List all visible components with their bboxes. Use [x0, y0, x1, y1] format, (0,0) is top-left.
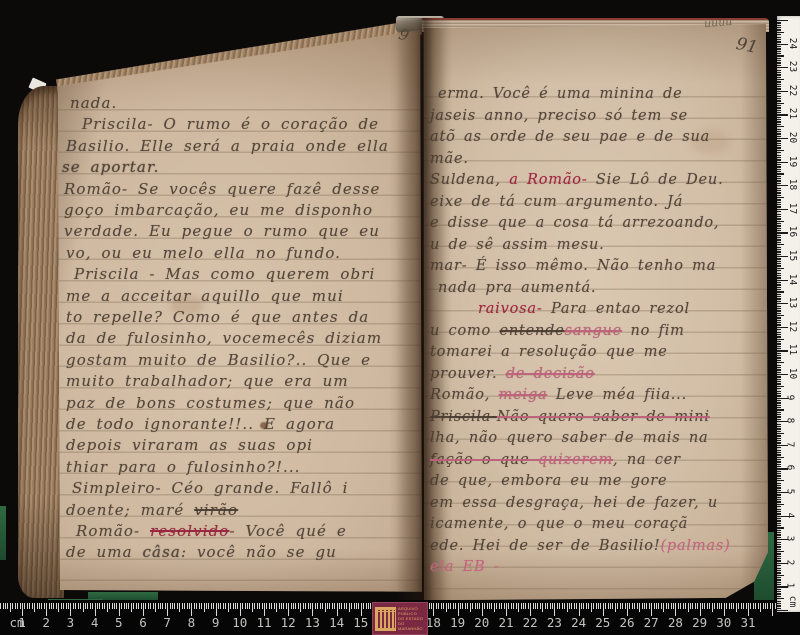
- ruler-tick: [777, 308, 781, 309]
- ruler-tick: [717, 603, 718, 609]
- ruler-tick: [24, 603, 25, 609]
- ruler-tick: [436, 603, 437, 609]
- ruler-tick: [777, 367, 781, 368]
- ruler-tick: [494, 603, 495, 612]
- ruler-tick: [58, 603, 59, 612]
- manuscript-line: ede. Hei de ser de Basilio!(palmas): [430, 538, 731, 554]
- ruler-tick: [254, 603, 255, 609]
- ruler-tick: [767, 603, 768, 609]
- ruler-tick: [777, 499, 781, 500]
- ruler-tick: [719, 603, 720, 609]
- ruler-tick: [777, 466, 781, 467]
- stamp-line-4: do Maranhão: [398, 621, 425, 631]
- ruler-number: 17: [787, 203, 798, 214]
- ruler-tick: [777, 195, 781, 196]
- manuscript-segment-bold: câsa: [143, 543, 181, 561]
- right-page-number: 91: [734, 34, 759, 58]
- ruler-tick: [155, 603, 156, 612]
- ruler-tick: [777, 107, 781, 108]
- ruler-tick: [777, 206, 781, 207]
- manuscript-segment: mar- É isso mêmo. Não tenho ma: [430, 258, 716, 274]
- ruler-tick: [777, 424, 781, 425]
- manuscript-line: depois viraram as suas opi: [66, 436, 313, 454]
- manuscript-segment: de uma: [66, 543, 143, 561]
- ruler-number: 13: [787, 297, 798, 308]
- ruler-tick: [777, 29, 781, 30]
- ruler-tick: [257, 603, 258, 609]
- ruler-tick: [83, 603, 84, 612]
- ruler-tick: [329, 603, 330, 609]
- manuscript-segment: , na cer: [613, 452, 681, 468]
- ruler-tick: [366, 603, 367, 609]
- ruler-tick: [777, 140, 781, 141]
- ruler-tick: [128, 603, 129, 609]
- ruler-tick: [559, 603, 560, 609]
- ruler-tick: [777, 426, 781, 427]
- ruler-tick: [225, 603, 226, 609]
- manuscript-segment: depois viraram as suas opi: [66, 436, 313, 454]
- ruler-tick: [170, 603, 171, 609]
- manuscript-line: Priscila- O rumo é o coração de: [82, 115, 379, 133]
- ruler-tick: [552, 603, 553, 609]
- ruler-tick: [777, 263, 781, 264]
- ruler-tick: [634, 603, 635, 609]
- ruler-tick: [777, 454, 781, 455]
- ruler-tick: [327, 603, 328, 609]
- ruler-tick: [777, 383, 781, 384]
- ruler-tick: [777, 247, 781, 248]
- ruler-tick: [508, 603, 509, 609]
- ruler-tick: [777, 329, 781, 330]
- ruler-number: 28: [668, 615, 683, 630]
- ruler-tick: [733, 603, 734, 609]
- ruler-tick: [279, 603, 280, 609]
- ruler-tick: [204, 603, 205, 612]
- ruler-tick: [777, 447, 781, 448]
- manuscript-segment: u como: [430, 323, 500, 339]
- ruler-tick: [709, 603, 710, 609]
- manuscript-line: u como entendesangue no fim: [430, 323, 685, 339]
- ruler-tick: [177, 603, 178, 609]
- ruler-tick: [777, 395, 781, 396]
- ruler-number: 12: [787, 321, 798, 332]
- manuscript-line: muito trabalhador; que era um: [66, 372, 349, 390]
- manuscript-segment: Sie Lô de Deu.: [588, 172, 724, 188]
- ruler-tick: [637, 603, 638, 609]
- ruler-tick: [448, 603, 449, 609]
- ruler-tick: [777, 381, 781, 382]
- ruler-tick: [504, 603, 505, 609]
- ruler-tick: [680, 603, 681, 609]
- ruler-tick: [777, 336, 781, 337]
- ruler-tick: [777, 287, 781, 288]
- ruler-number: 18: [426, 615, 441, 630]
- ruler-tick: [184, 603, 185, 609]
- ruler-tick: [266, 603, 267, 609]
- ruler-tick: [777, 298, 781, 299]
- ruler-tick: [777, 544, 781, 545]
- ruler-tick: [136, 603, 137, 609]
- ruler-tick: [518, 603, 519, 612]
- ruler-tick: [777, 343, 781, 344]
- ruler-tick: [683, 603, 684, 609]
- ruler-tick: [567, 603, 568, 612]
- ruler-number: 12: [281, 615, 296, 630]
- ruler-tick: [777, 419, 781, 420]
- ruler-tick: [460, 603, 461, 609]
- ruler-tick: [777, 428, 781, 429]
- manuscript-line: paz de bons costumes; que não: [66, 394, 355, 412]
- ruler-tick: [189, 603, 190, 609]
- manuscript-segment: Romão- Se vocês quere fazê desse: [64, 180, 380, 198]
- ruler-tick: [777, 556, 781, 557]
- ruler-tick: [738, 603, 739, 609]
- manuscript-segment: Para entao rezol: [543, 301, 690, 317]
- manuscript-segment-pink-strike: meiga: [499, 387, 548, 403]
- ruler-tick: [39, 603, 40, 609]
- ruler-number: 2: [42, 615, 50, 630]
- ruler-tick: [29, 603, 30, 609]
- ruler-tick: [586, 603, 587, 609]
- ruler-tick: [777, 525, 781, 526]
- ruler-tick: [644, 603, 645, 609]
- ruler-tick: [777, 306, 781, 307]
- ruler-tick: [753, 603, 754, 609]
- ruler-tick: [777, 570, 781, 571]
- manuscript-segment: thiar para o fulosinho?!...: [66, 458, 301, 476]
- ruler-tick: [315, 603, 316, 609]
- ruler-tick: [213, 603, 214, 609]
- ruler-tick: [777, 81, 781, 82]
- ruler-tick: [777, 211, 781, 212]
- manuscript-segment: ede. Hei de ser de Basilio!: [430, 538, 660, 554]
- ruler-tick: [262, 603, 263, 609]
- ruler-tick: [671, 603, 672, 609]
- ruler-tick: [172, 603, 173, 609]
- ruler-tick: [777, 593, 781, 594]
- manuscript-segment: Basilio. Elle será a praia onde ella: [66, 137, 389, 155]
- ruler-tick: [593, 603, 594, 609]
- ruler-tick: [148, 603, 149, 609]
- ruler-tick: [223, 603, 224, 609]
- ruler-tick: [20, 603, 21, 609]
- ruler-tick: [777, 192, 781, 193]
- ruler-tick: [777, 301, 781, 302]
- ruler-tick: [32, 603, 33, 609]
- manuscript-segment: e disse que a cosa tá arrezoando,: [430, 215, 719, 231]
- ruler-tick: [777, 79, 784, 80]
- ruler-tick: [160, 603, 161, 609]
- manuscript-line: de que, embora eu me gore: [430, 473, 667, 489]
- ruler-tick: [550, 603, 551, 609]
- ruler-tick: [303, 603, 304, 609]
- ruler-tick: [153, 603, 154, 609]
- manuscript-segment: Suldena,: [430, 172, 509, 188]
- ruler-tick: [777, 72, 781, 73]
- manuscript-line: mãe.: [430, 151, 469, 167]
- ruler-tick: [777, 438, 781, 439]
- ruler-tick: [298, 603, 299, 609]
- ruler-tick: [450, 603, 451, 609]
- ruler-tick: [777, 230, 781, 231]
- ruler-tick: [158, 603, 159, 609]
- ruler-tick: [777, 572, 781, 573]
- ruler-tick: [777, 270, 781, 271]
- ruler-tick: [777, 346, 781, 347]
- ruler-tick: [276, 603, 277, 612]
- manuscript-line: mar- É isso mêmo. Não tenho ma: [430, 258, 716, 274]
- ruler-tick: [615, 603, 616, 612]
- ruler-tick: [777, 25, 781, 26]
- ruler-tick: [668, 603, 669, 609]
- ruler-tick: [777, 332, 781, 333]
- ruler-tick: [777, 296, 781, 297]
- manuscript-segment: goço imbarcação, eu me disponho: [64, 201, 373, 219]
- ruler-tick: [777, 596, 781, 597]
- ruler-tick: [777, 483, 781, 484]
- ruler-tick: [540, 603, 541, 609]
- ruler-number: 9: [784, 394, 795, 400]
- manuscript-segment: erma. Você é uma minina de: [438, 86, 682, 102]
- manuscript-segment: Simpleiro- Céo grande. Fallô i: [72, 479, 348, 497]
- manuscript-line: raivosa- Para entao rezol: [478, 301, 690, 317]
- ruler-tick: [777, 41, 781, 42]
- ruler-number: 2: [784, 559, 795, 565]
- manuscript-line: atõ as orde de seu pae e de sua: [430, 129, 710, 145]
- ruler-tick: [15, 603, 16, 609]
- ruler-tick: [777, 164, 781, 165]
- right-page-handwriting: erma. Você é uma minina dejaseis anno, p…: [430, 86, 766, 586]
- ruler-tick: [10, 603, 11, 612]
- ruler-tick: [453, 603, 454, 609]
- manuscript-segment: : você não se gu: [181, 543, 337, 561]
- ruler-tick: [777, 464, 781, 465]
- ruler-tick: [777, 473, 781, 474]
- ruler-tick: [116, 603, 117, 609]
- ruler-tick: [182, 603, 183, 609]
- ruler-tick: [765, 603, 766, 609]
- ruler-tick: [211, 603, 212, 609]
- ruler-tick: [777, 560, 781, 561]
- ruler-tick: [777, 183, 781, 184]
- ruler-tick: [777, 575, 784, 576]
- ruler-tick: [179, 603, 180, 612]
- ruler-tick: [777, 527, 784, 528]
- manuscript-line: erma. Você é uma minina de: [438, 86, 682, 102]
- ruler-tick: [777, 568, 781, 569]
- ruler-number: 24: [571, 615, 586, 630]
- manuscript-segment-pink: ela EB -: [430, 559, 500, 575]
- ruler-tick: [206, 603, 207, 609]
- manuscript-line: nada.: [70, 94, 117, 112]
- ruler-tick: [777, 520, 781, 521]
- ruler-tick: [305, 603, 306, 609]
- ruler-tick: [242, 603, 243, 609]
- ruler-number: 6: [784, 465, 795, 471]
- ruler-tick: [92, 603, 93, 609]
- manuscript-line: de uma câsa: você não se gu: [66, 543, 337, 561]
- manuscript-segment: Romão,: [430, 387, 499, 403]
- ruler-tick: [777, 551, 784, 552]
- ruler-tick: [666, 603, 667, 609]
- ruler-tick: [777, 60, 781, 61]
- ruler-tick: [777, 601, 781, 602]
- ruler-tick: [150, 603, 151, 609]
- ruler-number: 3: [784, 536, 795, 542]
- manuscript-line: to repelle? Como é que antes da: [66, 308, 369, 326]
- ruler-tick: [777, 565, 781, 566]
- ruler-tick: [777, 497, 781, 498]
- ruler-tick: [777, 435, 781, 436]
- manuscript-segment-bold: se aportar.: [62, 158, 159, 176]
- ruler-tick: [777, 360, 781, 361]
- ruler-tick: [777, 242, 781, 243]
- ruler-tick: [777, 93, 781, 94]
- ruler-tick: [777, 218, 781, 219]
- ruler-number: 8: [188, 615, 196, 630]
- ruler-tick: [654, 603, 655, 609]
- ruler-tick: [729, 603, 730, 609]
- manuscript-line: goço imbarcação, eu me disponho: [64, 201, 373, 219]
- ruler-tick: [777, 86, 781, 87]
- ruler-tick: [777, 20, 788, 21]
- ruler-tick: [777, 313, 781, 314]
- ruler-tick: [777, 119, 781, 120]
- manuscript-segment: tomarei a resolução que me: [430, 344, 668, 360]
- ruler-tick: [777, 334, 781, 335]
- ruler-tick: [557, 603, 558, 609]
- ruler-tick: [68, 603, 69, 609]
- ruler-tick: [763, 603, 764, 609]
- manuscript-segment: Priscila- O rumo é o coração de: [82, 115, 379, 133]
- ruler-tick: [777, 608, 781, 609]
- ruler-tick: [721, 603, 722, 609]
- ruler-tick: [605, 603, 606, 609]
- manuscript-segment-red-strike: resolvido: [150, 522, 229, 540]
- ruler-tick: [770, 603, 771, 609]
- ruler-tick: [598, 603, 599, 609]
- ruler-tick: [777, 55, 784, 56]
- ruler-tick: [777, 457, 784, 458]
- ruler-tick: [777, 459, 781, 460]
- ruler-tick: [104, 603, 105, 609]
- ruler-number: 11: [787, 344, 798, 355]
- manuscript-line: nada pra aumentá.: [438, 280, 596, 296]
- manuscript-line: prouver. de decisão: [430, 366, 595, 382]
- manuscript-segment: de que, embora eu me gore: [430, 473, 667, 489]
- ruler-tick: [777, 386, 784, 387]
- ruler-tick: [777, 388, 781, 389]
- ruler-tick: [521, 603, 522, 609]
- manuscript-line: e disse que a cosa tá arrezoando,: [430, 215, 719, 231]
- manuscript-segment: no fim: [622, 323, 685, 339]
- ruler-tick: [777, 223, 781, 224]
- ruler-tick: [617, 603, 618, 609]
- ruler-tick: [446, 603, 447, 612]
- ruler-tick: [363, 603, 364, 609]
- manuscript-line: Suldena, a Romão- Sie Lô de Deu.: [430, 172, 723, 188]
- ruler-tick: [462, 603, 463, 609]
- ruler-tick: [777, 511, 781, 512]
- manuscript-segment-strike: Priscila-: [430, 409, 497, 425]
- ruler-tick: [349, 603, 350, 612]
- ruler-number: 3: [67, 615, 75, 630]
- ruler-tick: [562, 603, 563, 609]
- ruler-number: 9: [212, 615, 220, 630]
- ruler-tick: [325, 603, 326, 612]
- manuscript-segment: da de fulosinho, vocemecês diziam: [66, 329, 382, 347]
- ruler-tick: [777, 400, 781, 401]
- ruler-number: 1: [784, 583, 795, 589]
- ruler-tick: [777, 39, 781, 40]
- ruler-tick: [777, 110, 781, 111]
- ruler-tick: [777, 369, 781, 370]
- manuscript-line: da de fulosinho, vocemecês diziam: [66, 329, 382, 347]
- ruler-tick: [777, 22, 781, 23]
- ruler-tick: [777, 277, 781, 278]
- ruler-tick: [777, 504, 784, 505]
- ruler-tick: [777, 32, 784, 33]
- ruler-tick: [564, 603, 565, 609]
- ruler-tick: [61, 603, 62, 609]
- ruler-tick: [777, 216, 781, 217]
- ruler-tick: [475, 603, 476, 609]
- ruler-tick: [777, 475, 781, 476]
- ruler-tick: [639, 603, 640, 612]
- ruler-tick: [777, 197, 784, 198]
- ruler-tick: [547, 603, 548, 609]
- ruler-tick: [658, 603, 659, 609]
- ruler-tick: [131, 603, 132, 612]
- ruler-tick: [777, 258, 781, 259]
- ruler-number: 14: [787, 273, 798, 284]
- ruler-tick: [777, 62, 781, 63]
- ruler-number: 31: [740, 615, 755, 630]
- manuscript-segment-pink-strike: quizerem: [538, 452, 613, 468]
- ruler-tick: [777, 145, 781, 146]
- ruler-tick: [49, 603, 50, 609]
- ruler-tick: [750, 603, 751, 609]
- manuscript-line: em essa desgraça, hei de fazer, u: [430, 495, 718, 511]
- ruler-tick: [688, 603, 689, 612]
- ruler-tick: [777, 124, 781, 125]
- ruler-tick: [777, 341, 781, 342]
- ruler-tick: [777, 159, 781, 160]
- ruler-tick: [685, 603, 686, 609]
- ruler-tick: [358, 603, 359, 609]
- ruler-tick: [777, 133, 781, 134]
- ruler-tick: [465, 603, 466, 609]
- ruler-tick: [632, 603, 633, 609]
- ruler-tick: [777, 188, 781, 189]
- ruler-number: 19: [450, 615, 465, 630]
- ruler-tick: [141, 603, 142, 609]
- ruler-tick: [777, 265, 781, 266]
- manuscript-segment: gostam muito de Basilio?.. Que e: [66, 351, 371, 369]
- ruler-number: 21: [498, 615, 513, 630]
- ruler-tick: [218, 603, 219, 609]
- ruler-tick: [310, 603, 311, 609]
- ruler-tick: [772, 603, 773, 616]
- ruler-tick: [625, 603, 626, 609]
- ruler-tick: [513, 603, 514, 609]
- ruler-tick: [775, 603, 776, 609]
- manuscript-segment: Leve méa fiia...: [548, 387, 688, 403]
- ruler-tick: [269, 603, 270, 609]
- manuscript-line: eixe de tá cum argumento. Já: [430, 194, 683, 210]
- ruler-number: 24: [787, 37, 798, 48]
- ruler-tick: [591, 603, 592, 612]
